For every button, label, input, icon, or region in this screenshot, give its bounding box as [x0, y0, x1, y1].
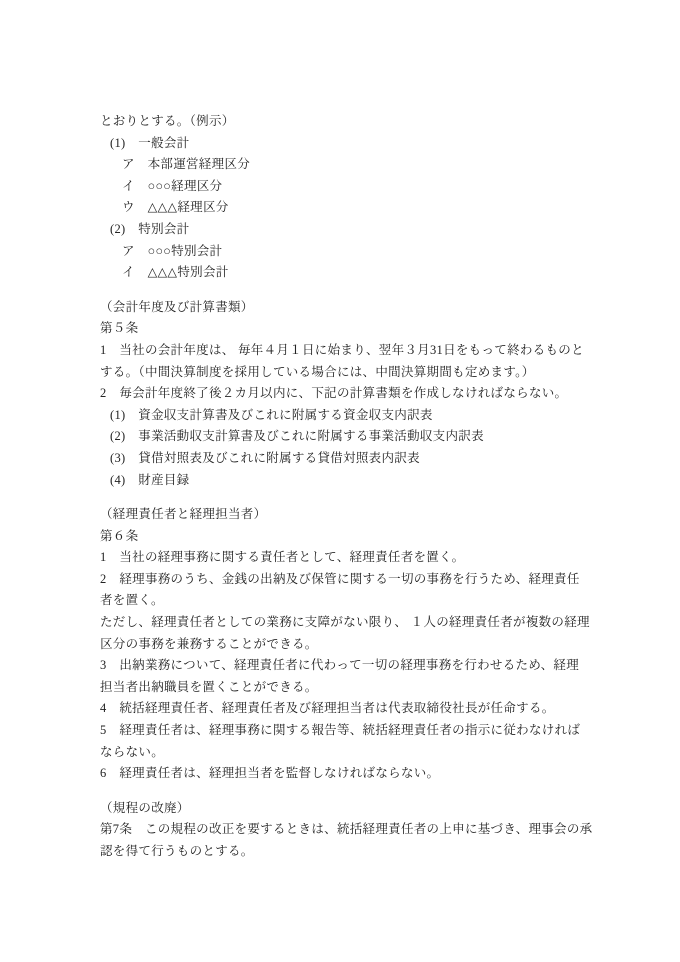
text-line: 4 統括経理責任者、経理責任者及び経理担当者は代表取締役社長が任命する。	[100, 698, 584, 720]
text-line: する。（中間決算制度を採用している場合には、中間決算期間も定めます。）	[100, 362, 584, 384]
text-line: イ ○○○経理区分	[100, 176, 584, 198]
text-line: 3 出納業務について、経理責任者に代わって一切の経理事務を行わせるため、経理	[100, 655, 584, 677]
text-line: (2) 事業活動収支計算書及びこれに附属する事業活動収支内訳表	[100, 426, 584, 448]
text-line: 第7条 この規程の改正を要するときは、統括経理責任者の上申に基づき、理事会の承	[100, 819, 584, 841]
text-line: 認を得て行うものとする。	[100, 841, 584, 863]
text-line: 第６条	[100, 526, 584, 548]
text-line: ただし、経理責任者としての業務に支障がない限り、 １人の経理責任者が複数の経理	[100, 612, 584, 634]
text-line: 2 毎会計年度終了後２カ月以内に、下記の計算書類を作成しなければならない。	[100, 383, 584, 405]
text-line: (1) 資金収支計算書及びこれに附属する資金収支内訳表	[100, 405, 584, 427]
text-line: （経理責任者と経理担当者）	[100, 504, 584, 526]
text-line: イ △△△特別会計	[100, 262, 584, 284]
text-line: ウ △△△経理区分	[100, 197, 584, 219]
section-article-6-accounting-manager-and-staff: （経理責任者と経理担当者）第６条1 当社の経理事務に関する責任者として、経理責任…	[100, 504, 584, 785]
document-body: とおりとする。（例示）(1) 一般会計ア 本部運営経理区分イ ○○○経理区分ウ …	[100, 111, 584, 863]
section-article-7-amendment-abolition: （規程の改廃）第7条 この規程の改正を要するときは、統括経理責任者の上申に基づき…	[100, 798, 584, 863]
text-line: (2) 特別会計	[100, 219, 584, 241]
text-line: (4) 財産目録	[100, 470, 584, 492]
text-line: ア 本部運営経理区分	[100, 154, 584, 176]
text-line: (3) 貸借対照表及びこれに附属する貸借対照表内訳表	[100, 448, 584, 470]
text-line: ならない。	[100, 742, 584, 764]
text-line: 2 経理事務のうち、金銭の出納及び保管に関する一切の事務を行うため、経理責任	[100, 569, 584, 591]
text-line: 1 当社の会計年度は、 毎年４月１日に始まり、翌年３月31日をもって終わるものと	[100, 340, 584, 362]
text-line: 6 経理責任者は、経理担当者を監督しなければならない。	[100, 763, 584, 785]
text-line: 第５条	[100, 318, 584, 340]
section-accounting-divisions-example: とおりとする。（例示）(1) 一般会計ア 本部運営経理区分イ ○○○経理区分ウ …	[100, 111, 584, 284]
text-line: 区分の事務を兼務することができる。	[100, 634, 584, 656]
text-line: （規程の改廃）	[100, 798, 584, 820]
text-line: とおりとする。（例示）	[100, 111, 584, 133]
section-article-5-fiscal-year-and-statements: （会計年度及び計算書類）第５条1 当社の会計年度は、 毎年４月１日に始まり、翌年…	[100, 297, 584, 491]
text-line: 1 当社の経理事務に関する責任者として、経理責任者を置く。	[100, 547, 584, 569]
text-line: 5 経理責任者は、経理事務に関する報告等、統括経理責任者の指示に従わなければ	[100, 720, 584, 742]
document-page: とおりとする。（例示）(1) 一般会計ア 本部運営経理区分イ ○○○経理区分ウ …	[0, 0, 680, 962]
text-line: 者を置く。	[100, 590, 584, 612]
text-line: (1) 一般会計	[100, 133, 584, 155]
text-line: （会計年度及び計算書類）	[100, 297, 584, 319]
text-line: 担当者出納職員を置くことができる。	[100, 677, 584, 699]
text-line: ア ○○○特別会計	[100, 241, 584, 263]
